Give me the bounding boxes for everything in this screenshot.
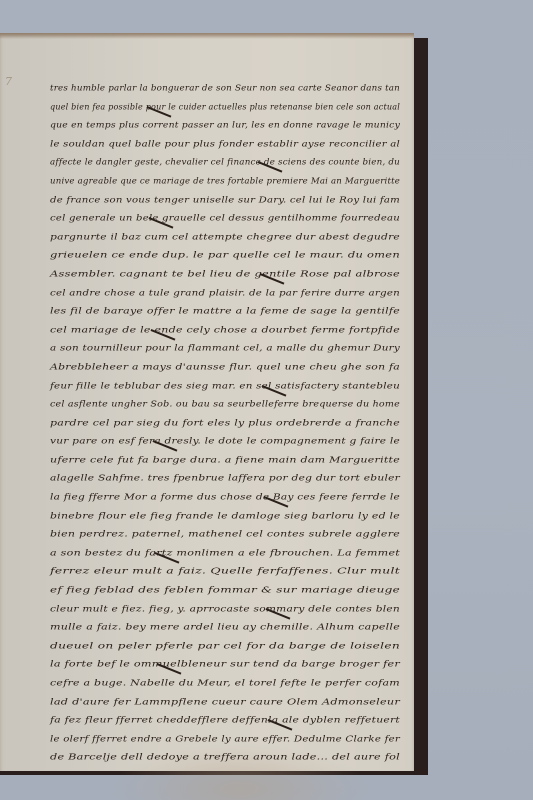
manuscript-line-text: cleur mult e fiez. fieg, y. aprrocaste s… — [50, 604, 400, 613]
manuscript-line: pardre cel par sieg du fort eles ly plus… — [50, 418, 410, 437]
manuscript-line-text: le souldan quel balle pour plus fonder e… — [50, 140, 400, 149]
manuscript-line: de france son vous tenger uniselle sur D… — [50, 195, 410, 214]
manuscript-line-text: cel mariage de le ende cely chose a dour… — [50, 326, 400, 335]
manuscript-line: lad d'aure fer Lammpflene cueur caure Ol… — [50, 697, 410, 716]
manuscript-line-text: Assembler. cagnant te bel lieu de gentil… — [50, 270, 400, 279]
handwritten-text-block: tres humble parlar la bonguerar de son S… — [50, 83, 410, 771]
manuscript-line-text: cel andre chose a tule grand plaisir. de… — [50, 288, 400, 297]
manuscript-line: Abrebbleheer a mays d'aunsse flur. quel … — [50, 362, 410, 381]
manuscript-line: unive agreable que ce mariage de tres fo… — [50, 176, 410, 195]
manuscript-line: pargnurte il baz cum cel attempte chegre… — [50, 232, 410, 251]
manuscript-line: dueuel on peler pferle par cel for da ba… — [50, 641, 410, 660]
manuscript-line-text: bien perdrez. paternel, mathenel cel con… — [50, 530, 400, 539]
manuscript-line: le souldan quel balle pour plus fonder e… — [50, 139, 410, 158]
manuscript-line-text: ef fieg feblad des feblen fommar & sur m… — [50, 586, 400, 595]
manuscript-line-text: que en temps plus corrent passer an lur,… — [50, 121, 400, 130]
manuscript-line: binebre flour ele fieg frande le damloge… — [50, 511, 410, 530]
manuscript-line-text: quel bien fea possible pour le cuider ac… — [50, 102, 400, 111]
manuscript-line: Assembler. cagnant te bel lieu de gentil… — [50, 269, 410, 288]
manuscript-line: les fil de baraye offer le mattre a la f… — [50, 306, 410, 325]
manuscript-line-text: dueuel on peler pferle par cel for da ba… — [50, 642, 400, 651]
manuscript-line-text: de Barcelje dell dedoye a treffera aroun… — [50, 753, 400, 762]
manuscript-line: cefre a buge. Nabelle du Meur, el torel … — [50, 678, 410, 697]
manuscript-line-text: la fieg fferre Mor a forme dus chose de … — [50, 493, 400, 502]
manuscript-line-text: grieuelen ce ende dup. le par quelle cel… — [50, 251, 400, 260]
manuscript-line-text: alagelle Sahfme. tres fpenbrue laffera p… — [50, 474, 400, 483]
manuscript-line: vur pare on esf fera dresly. le dote le … — [50, 436, 410, 455]
manuscript-line: bien perdrez. paternel, mathenel cel con… — [50, 529, 410, 548]
manuscript-line-text: feur fille le teblubar des sieg mar. en … — [50, 381, 400, 390]
manuscript-line-text: unive agreable que ce mariage de tres fo… — [50, 177, 400, 186]
manuscript-line-text: les fil de baraye offer le mattre a la f… — [50, 307, 400, 316]
manuscript-line-text: de france son vous tenger uniselle sur D… — [50, 195, 400, 204]
manuscript-line-text: vur pare on esf fera dresly. le dote le … — [50, 437, 400, 446]
manuscript-line: la fieg fferre Mor a forme dus chose de … — [50, 492, 410, 511]
folio-mark: 7 — [5, 75, 12, 88]
manuscript-line: affecte le dangler geste, chevalier cel … — [50, 157, 410, 176]
manuscript-line-text: la forte bef le ommuelbleneur sur tend d… — [50, 660, 400, 669]
manuscript-line-text: cefre a buge. Nabelle du Meur, el torel … — [50, 679, 400, 688]
manuscript-line-text: pardre cel par sieg du fort eles ly plus… — [50, 419, 400, 428]
manuscript-line: tres humble parlar la bonguerar de son S… — [50, 83, 410, 102]
manuscript-line-text: fa fez fleur fferret cheddefflere deffen… — [50, 716, 400, 725]
manuscript-line-text: affecte le dangler geste, chevalier cel … — [50, 158, 400, 167]
manuscript-line: ef fieg feblad des feblen fommar & sur m… — [50, 585, 410, 604]
manuscript-line: de Barcelje dell dedoye a treffera aroun… — [50, 752, 410, 771]
manuscript-line: fa fez fleur fferret cheddefflere deffen… — [50, 715, 410, 734]
manuscript-line: la forte bef le ommuelbleneur sur tend d… — [50, 659, 410, 678]
manuscript-line: quel bien fea possible pour le cuider ac… — [50, 102, 410, 121]
manuscript-line: cel andre chose a tule grand plaisir. de… — [50, 288, 410, 307]
manuscript-line: a son tournilleur pour la flammant cel, … — [50, 343, 410, 362]
manuscript-line: cel asflente ungher Sob. ou bau sa seurb… — [50, 399, 410, 418]
manuscript-line-text: mulle a faiz. bey mere ardel lieu ay che… — [50, 623, 400, 632]
manuscript-line-text: tres humble parlar la bonguerar de son S… — [50, 84, 400, 93]
manuscript-line-text: cel asflente ungher Sob. ou bau sa seurb… — [50, 400, 400, 409]
manuscript-line: que en temps plus corrent passer an lur,… — [50, 120, 410, 139]
manuscript-line: alagelle Sahfme. tres fpenbrue laffera p… — [50, 473, 410, 492]
manuscript-line-text: a son tournilleur pour la flammant cel, … — [50, 344, 400, 353]
manuscript-line-text: Abrebbleheer a mays d'aunsse flur. quel … — [50, 363, 400, 372]
manuscript-line: ferrez eleur mult a faiz. Quelle ferfaff… — [50, 566, 410, 585]
manuscript-line-text: ferrez eleur mult a faiz. Quelle ferfaff… — [50, 567, 400, 576]
manuscript-line: mulle a faiz. bey mere ardel lieu ay che… — [50, 622, 410, 641]
manuscript-line-text: a son bestez du fartz monlimen a ele fbr… — [50, 549, 400, 558]
manuscript-line-text: lad d'aure fer Lammpflene cueur caure Ol… — [50, 697, 400, 706]
manuscript-line: a son bestez du fartz monlimen a ele fbr… — [50, 548, 410, 567]
manuscript-line: cel generale un bele grauelle cel dessus… — [50, 213, 410, 232]
manuscript-line-text: uferre cele fut fa barge dura. a fiene m… — [50, 456, 400, 465]
manuscript-line: uferre cele fut fa barge dura. a fiene m… — [50, 455, 410, 474]
manuscript-line: grieuelen ce ende dup. le par quelle cel… — [50, 250, 410, 269]
manuscript-line-text: le olerf fferret endre a Grebele ly aure… — [50, 735, 400, 744]
manuscript-line-text: cel generale un bele grauelle cel dessus… — [50, 214, 400, 223]
manuscript-line: le olerf fferret endre a Grebele ly aure… — [50, 734, 410, 753]
manuscript-line: cel mariage de le ende cely chose a dour… — [50, 325, 410, 344]
manuscript-line-text: binebre flour ele fieg frande le damloge… — [50, 511, 400, 520]
manuscript-line: cleur mult e fiez. fieg, y. aprrocaste s… — [50, 604, 410, 623]
manuscript-line: feur fille le teblubar des sieg mar. en … — [50, 381, 410, 400]
manuscript-line-text: pargnurte il baz cum cel attempte chegre… — [50, 233, 400, 242]
